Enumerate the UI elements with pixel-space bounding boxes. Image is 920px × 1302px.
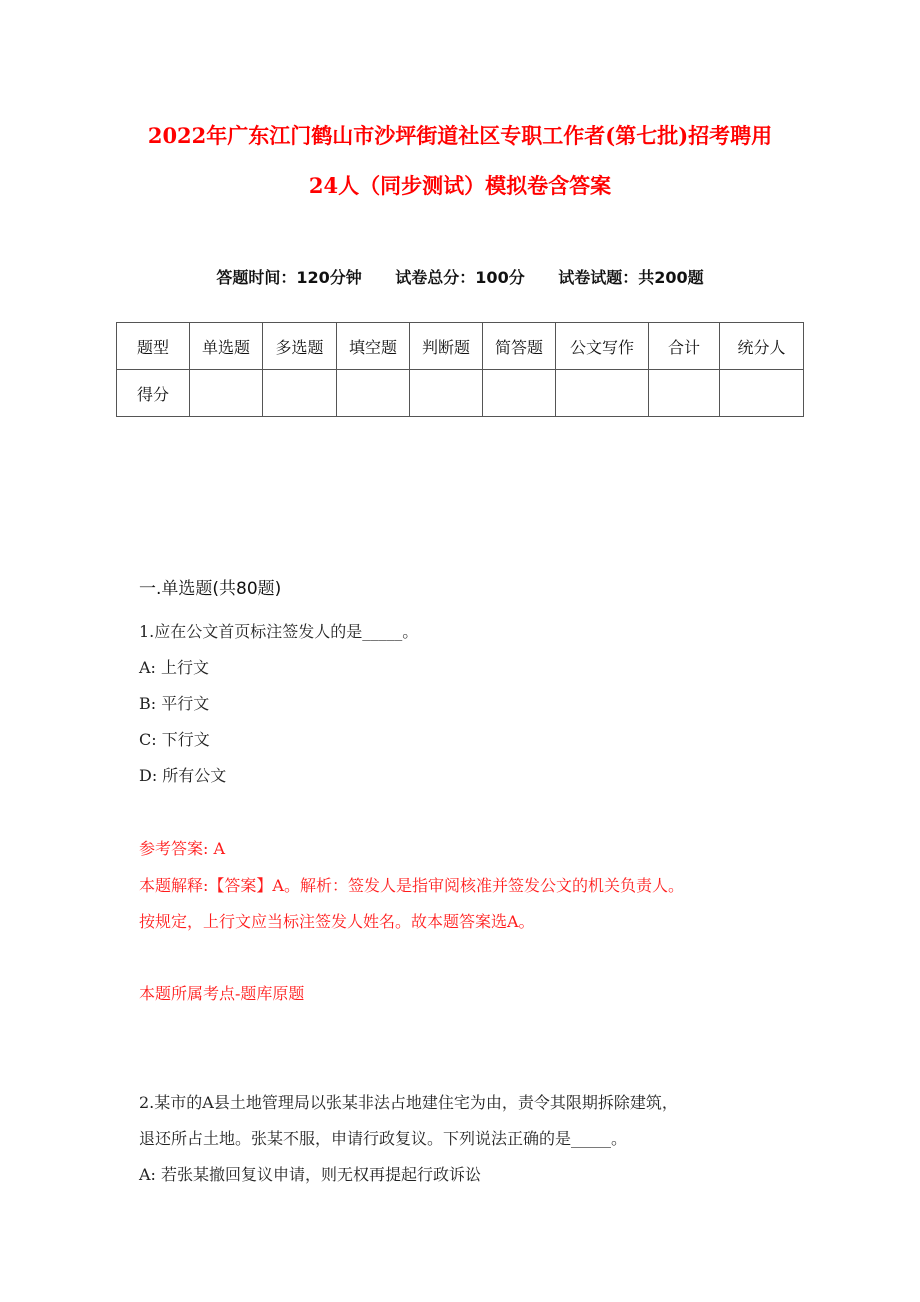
header-cell-type: 题型 [117,323,190,370]
score-cell [190,370,263,417]
score-cell [410,370,483,417]
header-cell-scorer: 统分人 [720,323,804,370]
header-cell-total: 合计 [649,323,720,370]
header-cell-single-choice: 单选题 [190,323,263,370]
question-1-option-a: A: 上行文 [139,656,209,680]
score-cell [556,370,649,417]
score-cell [649,370,720,417]
score-table-header-row: 题型 单选题 多选题 填空题 判断题 简答题 公文写作 合计 统分人 [117,323,804,370]
question-1-option-c: C: 下行文 [139,728,210,752]
question-2-option-a: A: 若张某撤回复议申请，则无权再提起行政诉讼 [139,1163,481,1187]
question-1-explanation-line-1: 本题解释:【答案】A。解析：签发人是指审阅核准并签发公文的机关负责人。 [139,874,684,898]
row-label-score: 得分 [117,370,190,417]
score-cell [263,370,337,417]
document-title-line-2: 24人（同步测试）模拟卷含答案 [0,171,920,201]
question-2-stem-line-1: 2.某市的A县土地管理局以张某非法占地建住宅为由，责令其限期拆除建筑， [139,1091,678,1115]
question-1-topic: 本题所属考点-题库原题 [139,982,304,1006]
header-cell-fill-blank: 填空题 [337,323,410,370]
question-1-answer: 参考答案: A [139,837,225,861]
exam-time: 答题时间：120分钟 [216,268,361,287]
score-cell [337,370,410,417]
header-cell-true-false: 判断题 [410,323,483,370]
exam-total-questions: 试卷试题：共200题 [558,268,703,287]
score-table: 题型 单选题 多选题 填空题 判断题 简答题 公文写作 合计 统分人 得分 [116,322,804,417]
header-cell-short-answer: 简答题 [483,323,556,370]
score-cell [483,370,556,417]
document-title-line-1: 2022年广东江门鹤山市沙坪街道社区专职工作者(第七批)招考聘用 [0,121,920,151]
question-1-explanation-line-2: 按规定，上行文应当标注签发人姓名。故本题答案选A。 [139,910,535,934]
question-2-stem-line-2: 退还所占土地。张某不服，申请行政复议。下列说法正确的是_____。 [139,1127,627,1151]
score-table-score-row: 得分 [117,370,804,417]
question-1-option-b: B: 平行文 [139,692,209,716]
section-heading: 一.单选题(共80题) [139,576,281,602]
question-1-stem: 1.应在公文首页标注签发人的是_____。 [139,620,418,644]
exam-meta: 答题时间：120分钟 试卷总分：100分 试卷试题：共200题 [0,265,920,291]
header-cell-multi-choice: 多选题 [263,323,337,370]
score-cell [720,370,804,417]
question-1-option-d: D: 所有公文 [139,764,226,788]
exam-total-score: 试卷总分：100分 [395,268,524,287]
header-cell-official-writing: 公文写作 [556,323,649,370]
document-page: 2022年广东江门鹤山市沙坪街道社区专职工作者(第七批)招考聘用 24人（同步测… [0,0,920,1302]
